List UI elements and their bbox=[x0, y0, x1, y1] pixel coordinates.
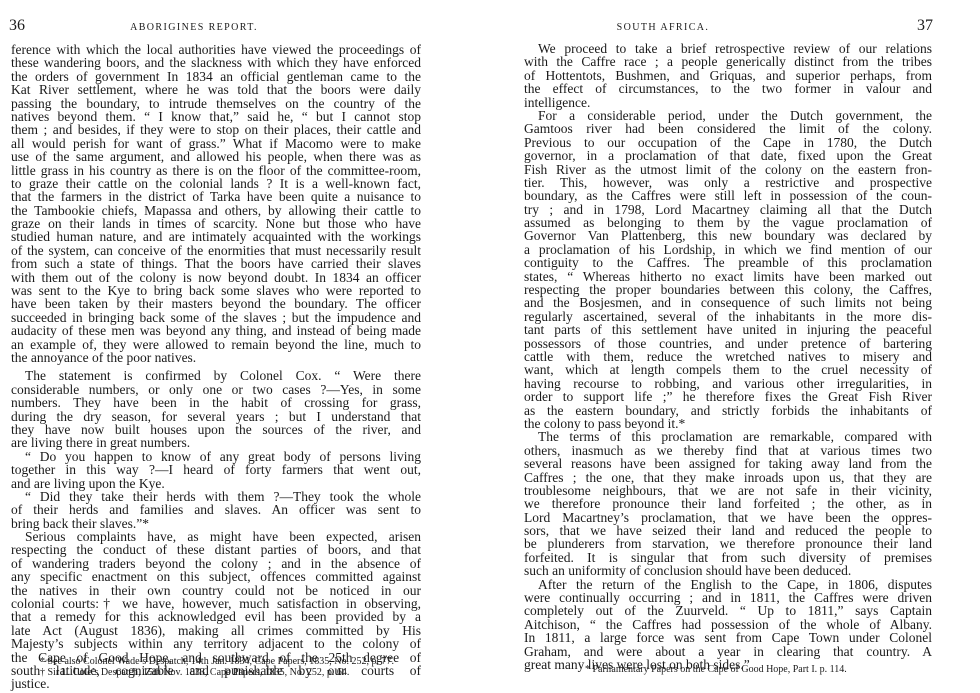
text-line: to graze their cattle on the colonial la… bbox=[11, 177, 421, 190]
right-page-header: South Africa. 37 bbox=[523, 18, 933, 34]
text-line: sors, that we have seized their land and… bbox=[524, 524, 932, 537]
right-page: South Africa. 37 We proceed to take a br… bbox=[500, 0, 970, 693]
text-line: little grass in his country as there is … bbox=[11, 164, 421, 177]
text-line: Aitchison, “ the Caffres had possession … bbox=[524, 618, 932, 631]
text-line: and the Bosjesmen, and in consequence of… bbox=[524, 296, 932, 309]
footnote: * See also Colonel Wade’s Despatch, 14th… bbox=[40, 656, 440, 667]
text-line: contiguity to the Caffres. The preamble … bbox=[524, 256, 932, 269]
text-line: an example of, they were allowed to rema… bbox=[11, 338, 421, 351]
text-line: Gamtoos river had been considered the li… bbox=[524, 122, 932, 135]
text-line: The terms of this proclamation are remar… bbox=[524, 430, 932, 443]
text-line: them ; and besides, if they were to stop… bbox=[11, 123, 421, 136]
text-line: together in this way ?—I heard of forty … bbox=[11, 463, 421, 476]
left-page: 36 Aborigines Report. ference with which… bbox=[0, 0, 470, 693]
text-line: were continually occurring ; and in 1811… bbox=[524, 591, 932, 604]
text-line: passing the boundary, to intrude themsel… bbox=[11, 97, 421, 110]
text-line: Majesty’s subjects within any territory … bbox=[11, 637, 421, 650]
right-footnotes: * Parliamentary Papers on the Cape of Go… bbox=[585, 664, 945, 675]
text-line: several reasons have been assigned for t… bbox=[524, 457, 932, 470]
text-line: We proceed to take a brief retrospective… bbox=[524, 42, 932, 55]
text-line: be plunderers from starvation, we theref… bbox=[524, 537, 932, 550]
text-line: we therefore pronounce their land forfei… bbox=[524, 497, 932, 510]
text-line: want, which at length compels them to th… bbox=[524, 363, 932, 376]
text-line: After the return of the English to the C… bbox=[524, 578, 932, 591]
text-line: audacity of these men was beyond any thi… bbox=[11, 324, 421, 337]
text-line: late Act (August 1836), making all crime… bbox=[11, 624, 421, 637]
left-page-header: 36 Aborigines Report. bbox=[9, 18, 419, 34]
text-line: respecting the conduct of these distant … bbox=[11, 543, 421, 556]
text-line: completely out of the Zuurveld. “ Up to … bbox=[524, 604, 932, 617]
text-line: a proclamation of his Lordship, in which… bbox=[524, 243, 932, 256]
running-head: Aborigines Report. bbox=[0, 22, 399, 33]
left-page-body: ference with which the local authorities… bbox=[11, 43, 421, 691]
text-line: any specific enactment on this subject, … bbox=[11, 570, 421, 583]
text-line: assumed as belonging to them by the vagu… bbox=[524, 216, 932, 229]
text-line: such an uniformity of conclusion should … bbox=[524, 564, 932, 577]
text-line: “ Did they take their herds with them ?—… bbox=[11, 490, 421, 503]
text-line: intelligence. bbox=[524, 96, 932, 109]
text-line: was sent to the Kye to bring back some s… bbox=[11, 284, 421, 297]
text-line: from such a state of things. That the bo… bbox=[11, 257, 421, 270]
text-line: tier. This, however, was only a restrict… bbox=[524, 176, 932, 189]
text-line: of wandering traders beyond the colony ;… bbox=[11, 557, 421, 570]
text-line: tant parts of this settlement have unite… bbox=[524, 323, 932, 336]
text-line: troublesome neighbours, that we are not … bbox=[524, 484, 932, 497]
text-line: with the Caffre race ; a people generica… bbox=[524, 55, 932, 68]
page-number: 37 bbox=[917, 18, 933, 34]
text-line: The statement is confirmed by Colonel Co… bbox=[11, 369, 421, 382]
text-line: with them out of the colony is now beyon… bbox=[11, 271, 421, 284]
text-line: as the eastern boundary, and strictly fo… bbox=[524, 404, 932, 417]
text-line: Serious complaints have, as might have b… bbox=[11, 530, 421, 543]
text-line: of the system, can conceive of the enorm… bbox=[11, 244, 421, 257]
text-line: numbers. They have been in the habit of … bbox=[11, 396, 421, 409]
text-line: they have now built houses upon the sour… bbox=[11, 423, 421, 436]
text-line: boundary, as the Caffres were still left… bbox=[524, 189, 932, 202]
running-head: South Africa. bbox=[458, 22, 868, 33]
text-line: Fish River as the utmost limit of the co… bbox=[524, 163, 932, 176]
text-line: Governor Van Plattenberg, this new bound… bbox=[524, 229, 932, 242]
text-line: justice. bbox=[11, 677, 421, 690]
text-line: ference with which the local authorities… bbox=[11, 43, 421, 56]
text-line: the natives in their own country could n… bbox=[11, 584, 421, 597]
text-line: use of the same argument, and allowed hi… bbox=[11, 150, 421, 163]
text-line: cattle with them, reduce the wretched na… bbox=[524, 350, 932, 363]
text-line: “ Do you happen to know of any great bod… bbox=[11, 450, 421, 463]
text-line: bring back their slaves.”* bbox=[11, 517, 421, 530]
text-line: of Hottentots, Bushmen, and Griquas, and… bbox=[524, 69, 932, 82]
text-line: states, “ Whereas hitherto no exact limi… bbox=[524, 270, 932, 283]
text-line: In 1811, a large force was sent from Cap… bbox=[524, 631, 932, 644]
text-line: For a considerable period, under the Dut… bbox=[524, 109, 932, 122]
footnote: * Parliamentary Papers on the Cape of Go… bbox=[585, 664, 945, 675]
text-line: these wandering boors, and the slackness… bbox=[11, 56, 421, 69]
text-line: colonial courts:† we have, however, much… bbox=[11, 597, 421, 610]
text-line: graze on their lands in times of scarcit… bbox=[11, 217, 421, 230]
text-line: are living there in great numbers. bbox=[11, 436, 421, 449]
text-line: the Tambookie chiefs, Mapassa and others… bbox=[11, 204, 421, 217]
text-line: having recourse to robbing, and various … bbox=[524, 377, 932, 390]
text-line: governor, in a proclamation of that date… bbox=[524, 149, 932, 162]
text-line: succeeded in bringing back some of the s… bbox=[11, 311, 421, 324]
text-line: the orders of government In 1834 an offi… bbox=[11, 70, 421, 83]
text-line: Lord Macartney’s proclamation, that we h… bbox=[524, 511, 932, 524]
text-line: Graham, and were about a year in clearin… bbox=[524, 645, 932, 658]
text-line: Caffres ; the one, that they make inroad… bbox=[524, 471, 932, 484]
text-line: have been taken by their masters beyond … bbox=[11, 297, 421, 310]
text-line: the effect of circumstances, to the two … bbox=[524, 82, 932, 95]
text-line: that a remedy for this acknowledged evil… bbox=[11, 610, 421, 623]
text-line: during the dry season, for several years… bbox=[11, 410, 421, 423]
text-line: considerable numbers, or only one or two… bbox=[11, 383, 421, 396]
text-line: natives beyond them. “ I know that,” sai… bbox=[11, 110, 421, 123]
text-line: Previous to our occupation of the Cape i… bbox=[524, 136, 932, 149]
text-line: that the farmers in the district of Tark… bbox=[11, 190, 421, 203]
text-line: Kat River settlement, where he was told … bbox=[11, 83, 421, 96]
right-page-body: We proceed to take a brief retrospective… bbox=[524, 42, 932, 671]
text-line: try ; and in 1798, Lord Macartney claimi… bbox=[524, 203, 932, 216]
left-footnotes: * See also Colonel Wade’s Despatch, 14th… bbox=[40, 656, 440, 678]
text-line: others, inasmuch as we thereby find that… bbox=[524, 444, 932, 457]
text-line: all would perish for want of grass.” Wha… bbox=[11, 137, 421, 150]
text-line: and are living upon the Kye. bbox=[11, 477, 421, 490]
text-line: forfeited. It is singular that from such… bbox=[524, 551, 932, 564]
text-line: order to support life ;” he therefore fi… bbox=[524, 390, 932, 403]
text-line: of their herds and families and slaves. … bbox=[11, 503, 421, 516]
text-line: possessors of those countries, and under… bbox=[524, 337, 932, 350]
text-line: regularly ascertained, several of the in… bbox=[524, 310, 932, 323]
text-line: respecting the proper boundaries between… bbox=[524, 283, 932, 296]
text-line: the colony to pass beyond it.* bbox=[524, 417, 932, 430]
footnote: † Sir L. Cole’s Despatch, 15th Nov. 1833… bbox=[40, 667, 440, 678]
text-line: the annoyance of the poor natives. bbox=[11, 351, 421, 364]
text-line: studied human nature, and are intimately… bbox=[11, 230, 421, 243]
